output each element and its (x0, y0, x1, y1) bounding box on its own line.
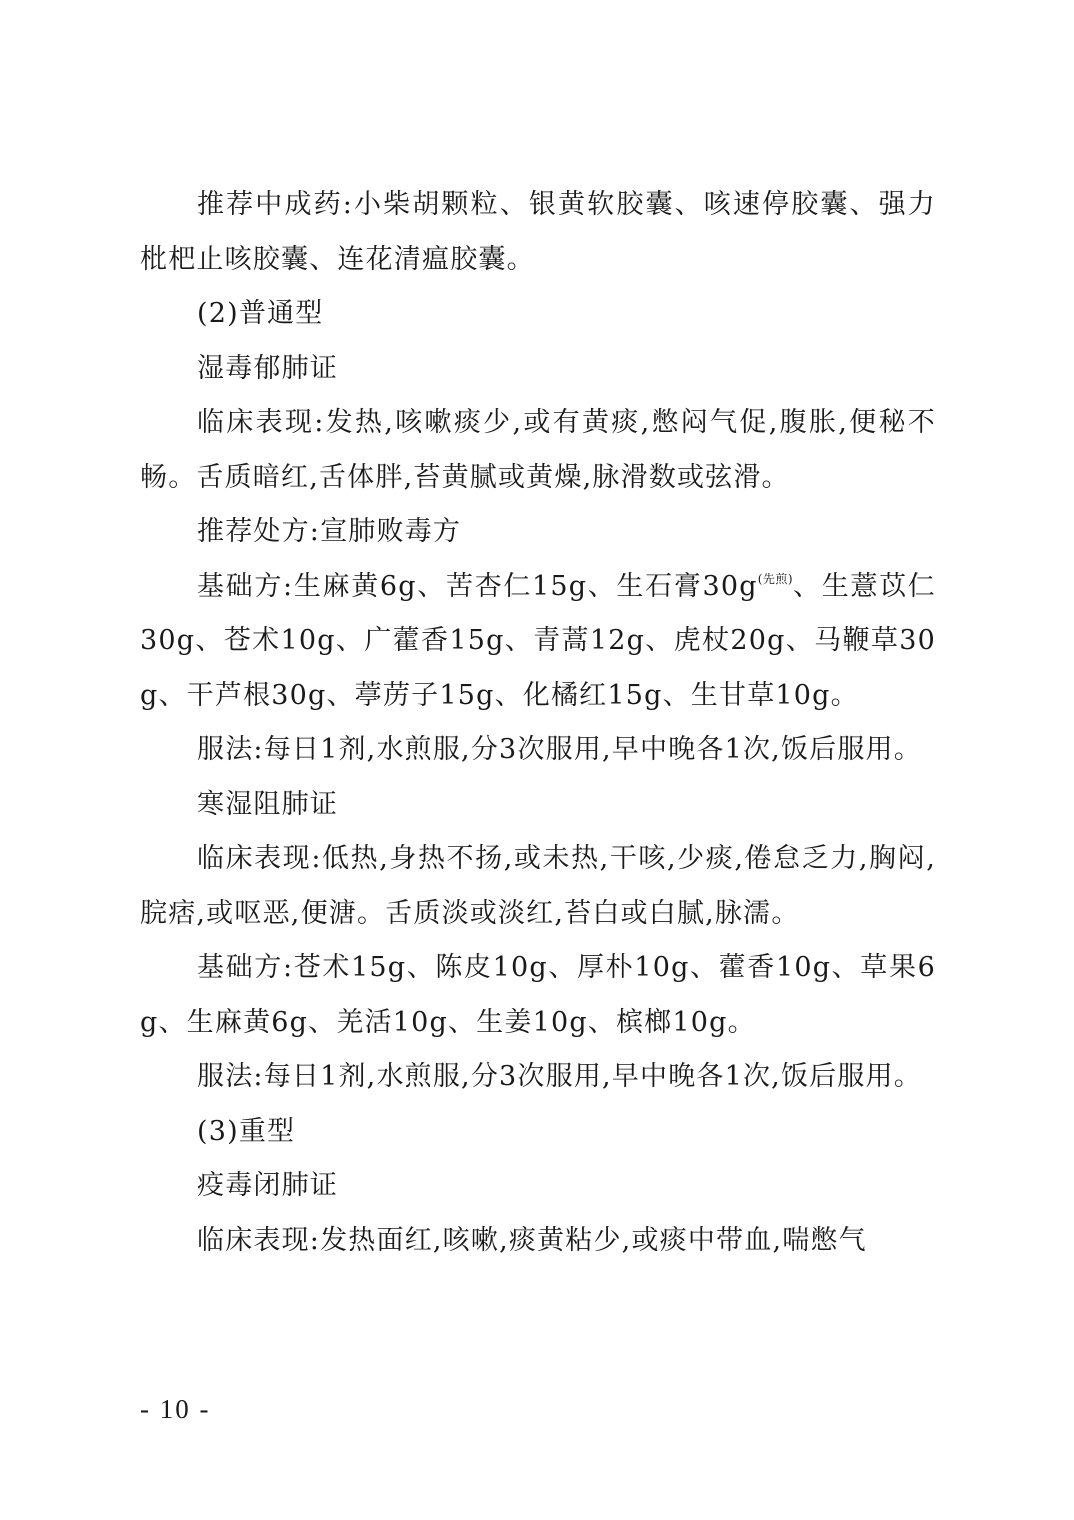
clinical-manifestation-cold-damp: 临床表现:低热,身热不扬,或未热,干咳,少痰,倦怠乏力,胸闷,脘痞,或呕恶,便溏… (140, 832, 936, 941)
recommended-patent-medicines: 推荐中成药:小柴胡颗粒、银黄软胶囊、咳速停胶囊、强力枇杷止咳胶囊、连花清瘟胶囊。 (140, 178, 936, 287)
section-heading-severe-type: (3)重型 (140, 1105, 936, 1160)
page-number: - 10 - (140, 1394, 210, 1425)
syndrome-heading-damp-toxin: 湿毒郁肺证 (140, 342, 936, 397)
decoct-first-note: (先煎) (758, 572, 793, 586)
base-formula-xuanfei: 基础方:生麻黄6g、苦杏仁15g、生石膏30g(先煎)、生薏苡仁30g、苍术10… (140, 560, 936, 724)
recommended-prescription: 推荐处方:宣肺败毒方 (140, 505, 936, 560)
section-heading-common-type: (2)普通型 (140, 287, 936, 342)
clinical-manifestation-damp-toxin: 临床表现:发热,咳嗽痰少,或有黄痰,憋闷气促,腹胀,便秘不畅。舌质暗红,舌体胖,… (140, 396, 936, 505)
syndrome-heading-epidemic-toxin: 疫毒闭肺证 (140, 1159, 936, 1214)
base-formula-cold-damp: 基础方:苍术15g、陈皮10g、厚朴10g、藿香10g、草果6g、生麻黄6g、羌… (140, 941, 936, 1050)
syndrome-heading-cold-damp: 寒湿阻肺证 (140, 778, 936, 833)
formula-text-before: 基础方:生麻黄6g、苦杏仁15g、生石膏30g (197, 571, 758, 602)
clinical-manifestation-epidemic-toxin: 临床表现:发热面红,咳嗽,痰黄粘少,或痰中带血,喘憋气 (140, 1214, 936, 1269)
dosage-instructions-2: 服法:每日1剂,水煎服,分3次服用,早中晚各1次,饭后服用。 (140, 1050, 936, 1105)
dosage-instructions-1: 服法:每日1剂,水煎服,分3次服用,早中晚各1次,饭后服用。 (140, 723, 936, 778)
document-page: 推荐中成药:小柴胡颗粒、银黄软胶囊、咳速停胶囊、强力枇杷止咳胶囊、连花清瘟胶囊。… (140, 178, 936, 1268)
